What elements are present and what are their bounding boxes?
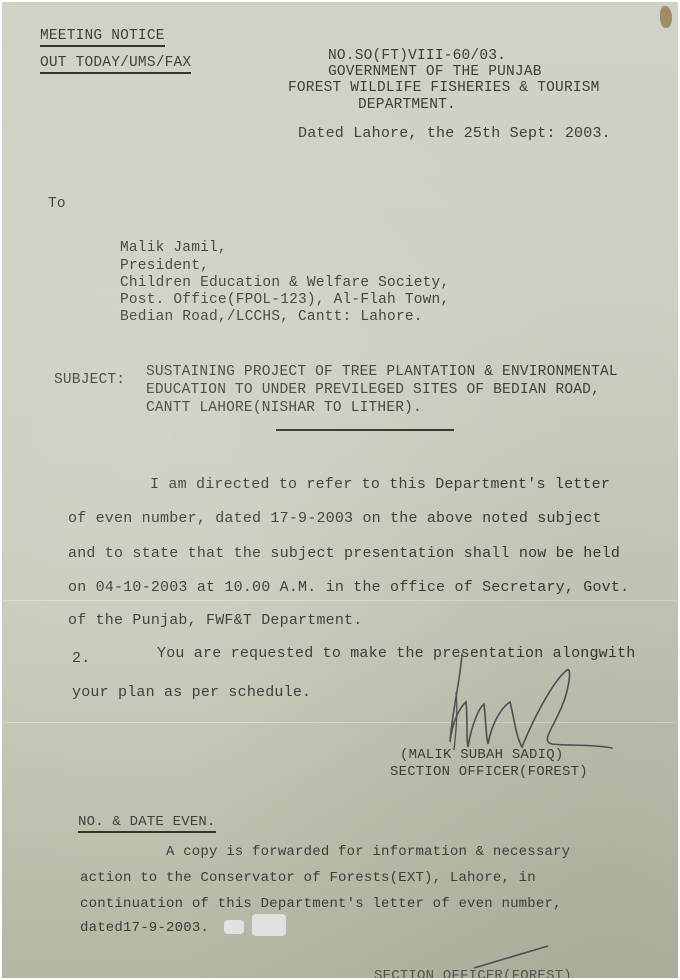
paper-stain [660, 6, 672, 28]
footer-signatory-title: SECTION OFFICER(FOREST) [374, 968, 572, 978]
subject-line: SUSTAINING PROJECT OF TREE PLANTATION & … [146, 364, 618, 380]
body-line: and to state that the subject presentati… [68, 545, 620, 562]
department-suffix: DEPARTMENT. [358, 97, 456, 113]
body-line: of even number, dated 17-9-2003 on the a… [68, 510, 602, 527]
subject-line: EDUCATION TO UNDER PREVILEGED SITES OF B… [146, 382, 600, 398]
subject-label: SUBJECT: [54, 372, 125, 388]
signature-scribble [442, 652, 622, 762]
recipient-line: Post. Office(FPOL-123), Al-Flah Town, [120, 292, 449, 308]
correction-mark [224, 920, 244, 934]
endorsement-heading: NO. & DATE EVEN. [78, 814, 216, 833]
body-line: of the Punjab, FWF&T Department. [68, 612, 362, 629]
government-name: GOVERNMENT OF THE PUNJAB [328, 64, 542, 80]
meeting-notice-label: MEETING NOTICE [40, 28, 165, 47]
reference-number: NO.SO(FT)VIII-60/03. [328, 48, 506, 64]
out-today-label: OUT TODAY/UMS/FAX [40, 55, 191, 74]
endorsement-line: continuation of this Department's letter… [80, 896, 562, 912]
signatory-name: (MALIK SUBAH SADIQ) [400, 747, 563, 763]
endorsement-line: action to the Conservator of Forests(EXT… [80, 870, 536, 886]
endorsement-line: dated17-9-2003. [80, 920, 209, 936]
correction-mark [252, 914, 286, 936]
body-line: your plan as per schedule. [72, 684, 311, 701]
paragraph-number: 2. [72, 650, 90, 667]
recipient-line: Children Education & Welfare Society, [120, 275, 449, 291]
subject-underline [276, 429, 454, 431]
recipient-line: Malik Jamil, [120, 240, 227, 256]
recipient-line: Bedian Road,/LCCHS, Cantt: Lahore. [120, 309, 423, 325]
body-line: on 04-10-2003 at 10.00 A.M. in the offic… [68, 579, 629, 596]
department-name: FOREST WILDLIFE FISHERIES & TOURISM [288, 80, 600, 96]
subject-line: CANTT LAHORE(NISHAR TO LITHER). [146, 400, 422, 416]
to-label: To [48, 196, 66, 212]
signatory-title: SECTION OFFICER(FOREST) [390, 764, 588, 780]
paper-fold [2, 600, 678, 601]
dated-line: Dated Lahore, the 25th Sept: 2003. [298, 125, 611, 142]
letter-page: MEETING NOTICE OUT TODAY/UMS/FAX NO.SO(F… [2, 2, 678, 978]
endorsement-line: A copy is forwarded for information & ne… [166, 844, 570, 860]
recipient-line: President, [120, 258, 209, 274]
body-line: I am directed to refer to this Departmen… [150, 476, 610, 493]
